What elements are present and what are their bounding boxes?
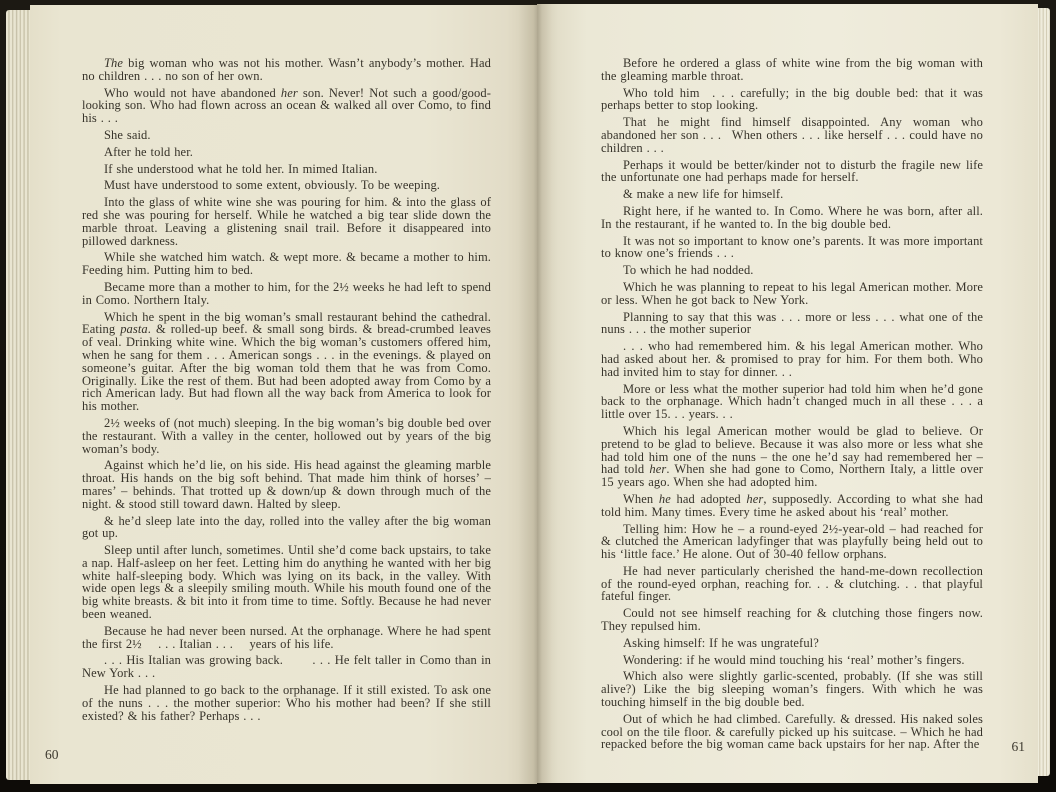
page-number-left: 60 xyxy=(45,747,59,763)
paragraph: While she watched him watch. & wept more… xyxy=(82,251,491,277)
paragraph: Because he had never been nursed. At the… xyxy=(82,625,491,651)
paragraph: & make a new life for himself. xyxy=(601,188,983,201)
paragraph: Which he was planning to repeat to his l… xyxy=(601,281,983,307)
paragraph: Out of which he had climbed. Carefully. … xyxy=(601,713,983,751)
paragraph: Became more than a mother to him, for th… xyxy=(82,281,491,307)
paragraph: . . . His Italian was growing back. . . … xyxy=(82,654,491,680)
paragraph: If she understood what he told her. In m… xyxy=(82,163,491,176)
paragraph: Right here, if he wanted to. In Como. Wh… xyxy=(601,205,983,231)
paragraph: After he told her. xyxy=(82,146,491,159)
paragraph: The big woman who was not his mother. Wa… xyxy=(82,57,491,83)
paragraph: When he had adopted her, supposedly. Acc… xyxy=(601,493,983,519)
paragraph: Which also were slightly garlic-scented,… xyxy=(601,670,983,708)
paragraph: Into the glass of white wine she was pou… xyxy=(82,196,491,247)
book-page-left: The big woman who was not his mother. Wa… xyxy=(30,5,537,784)
paragraph: He had never particularly cherished the … xyxy=(601,565,983,603)
paragraph: Who told him . . . carefully; in the big… xyxy=(601,87,983,113)
page-edge-stack-left xyxy=(6,10,31,780)
paragraph: Planning to say that this was . . . more… xyxy=(601,311,983,337)
paragraph: Which his legal American mother would be… xyxy=(601,425,983,489)
paragraph: Telling him: How he – a round-eyed 2½-ye… xyxy=(601,523,983,561)
paragraph: Sleep until after lunch, sometimes. Unti… xyxy=(82,544,491,621)
paragraph: To which he had nodded. xyxy=(601,264,983,277)
paragraph: . . . who had remembered him. & his lega… xyxy=(601,340,983,378)
paragraph: That he might find himself disappointed.… xyxy=(601,116,983,154)
paragraph: Asking himself: If he was ungrateful? xyxy=(601,637,983,650)
page-number-right: 61 xyxy=(1012,739,1026,755)
paragraph: Which he spent in the big woman’s small … xyxy=(82,311,491,413)
paragraph: Before he ordered a glass of white wine … xyxy=(601,57,983,83)
paragraph: Who would not have abandoned her son. Ne… xyxy=(82,87,491,125)
paragraph: Wondering: if he would mind touching his… xyxy=(601,654,983,667)
right-page-text: Before he ordered a glass of white wine … xyxy=(601,57,983,751)
paragraph: More or less what the mother superior ha… xyxy=(601,383,983,421)
paragraph: Must have understood to some extent, obv… xyxy=(82,179,491,192)
paragraph: 2½ weeks of (not much) sleeping. In the … xyxy=(82,417,491,455)
left-page-text: The big woman who was not his mother. Wa… xyxy=(82,57,491,722)
paragraph: Perhaps it would be better/kinder not to… xyxy=(601,159,983,185)
paragraph: Could not see himself reaching for & clu… xyxy=(601,607,983,633)
page-edge-stack-right xyxy=(1037,8,1050,776)
book-page-right: Before he ordered a glass of white wine … xyxy=(537,4,1038,783)
paragraph: & he’d sleep late into the day, rolled i… xyxy=(82,515,491,541)
paragraph: Against which he’d lie, on his side. His… xyxy=(82,459,491,510)
paragraph: It was not so important to know one’s pa… xyxy=(601,235,983,261)
paragraph: She said. xyxy=(82,129,491,142)
book-scan: The big woman who was not his mother. Wa… xyxy=(0,0,1056,792)
paragraph: He had planned to go back to the orphana… xyxy=(82,684,491,722)
